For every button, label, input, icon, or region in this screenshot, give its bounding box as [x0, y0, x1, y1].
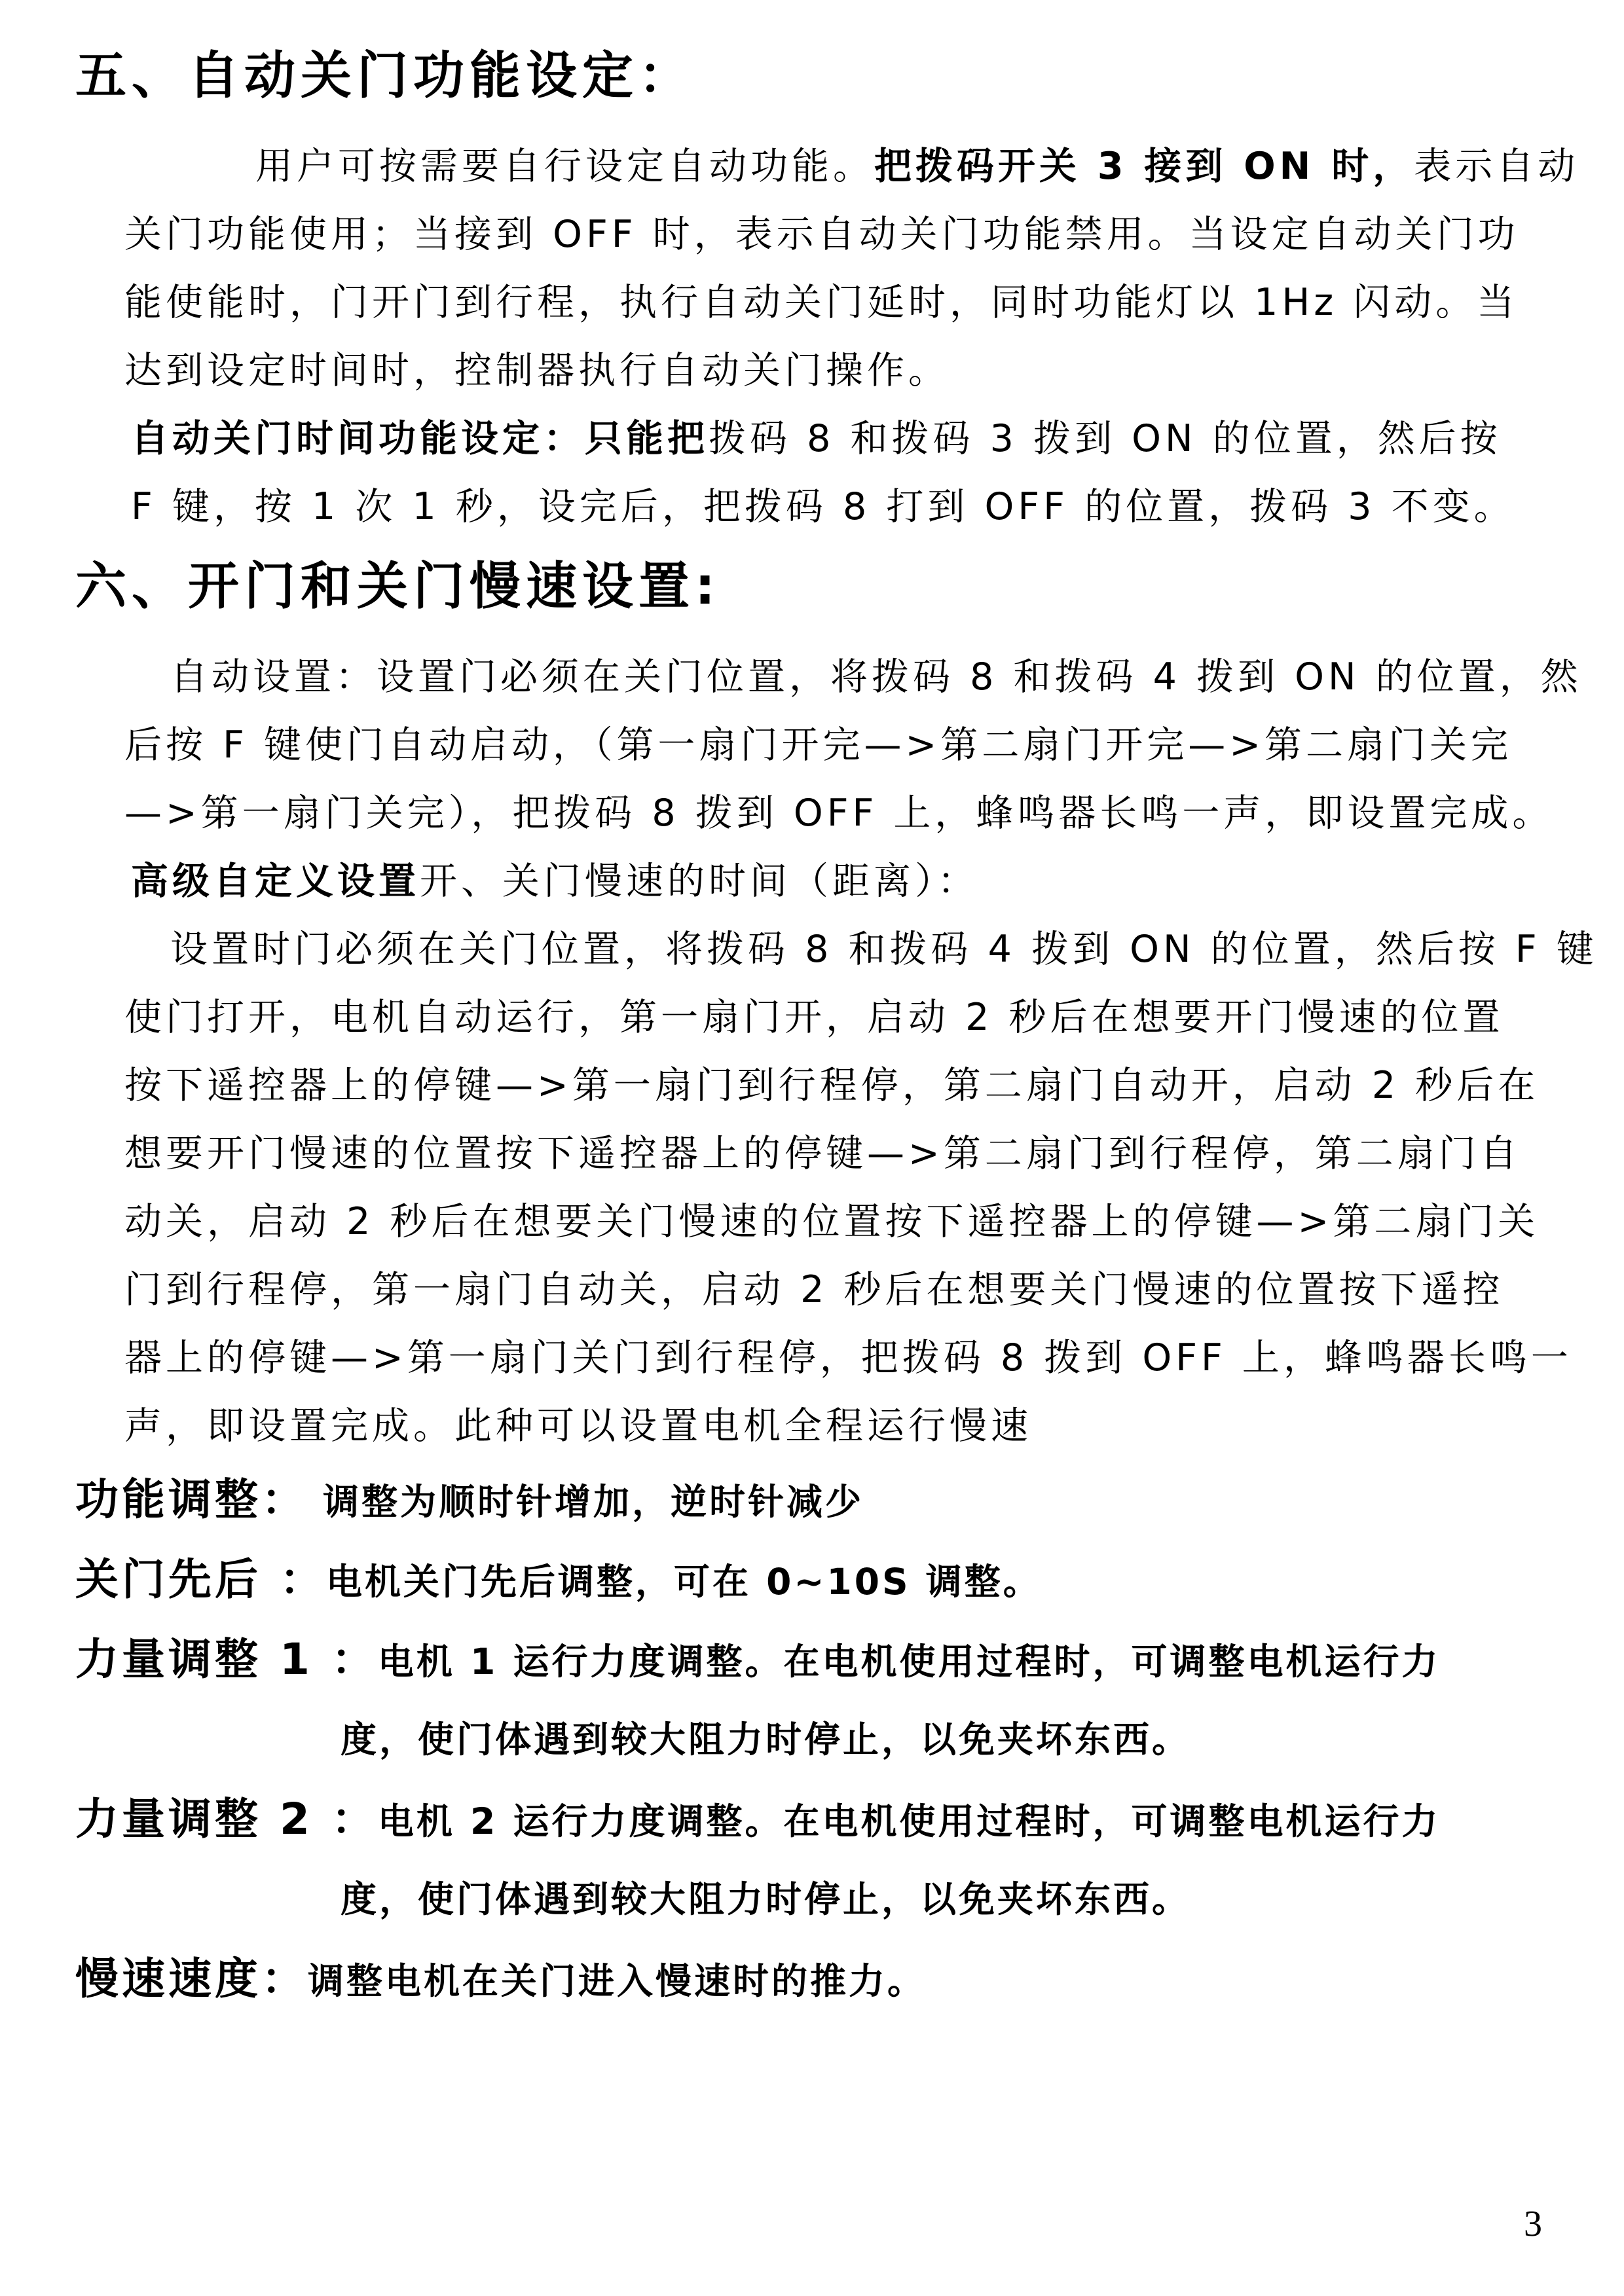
text-segment: —>第一扇门关完），把拨码 8 拨到 OFF 上，蜂鸣器长鸣一声，即设置完成。	[124, 792, 1553, 835]
text-segment: 自动设置：设置门必须在关门位置，将拨码 8 和拨码 4 拨到 ON 的位置，然	[170, 655, 1582, 699]
page-number: 3	[1524, 2203, 1542, 2245]
section-heading: 五、自动关门功能设定：	[75, 37, 1562, 115]
bold-text-segment: 高级自定义设置	[131, 860, 420, 903]
text-line: 自动设置：设置门必须在关门位置，将拨码 8 和拨码 4 拨到 ON 的位置，然	[170, 643, 1562, 711]
text-segment: 设置时门必须在关门位置，将拨码 8 和拨码 4 拨到 ON 的位置，然后按 F …	[170, 928, 1598, 971]
text-segment: 能使能时，门开门到行程，执行自动关门延时，同时功能灯以 1Hz 闪动。当	[124, 281, 1518, 324]
text-segment: 动关，启动 2 秒后在想要关门慢速的位置按下遥控器上的停键—>第二扇门关	[124, 1200, 1539, 1243]
text-segment: 想要开门慢速的位置按下遥控器上的停键—>第二扇门到行程停，第二扇门自	[124, 1132, 1521, 1175]
term-description: 电机关门先后调整，可在 0~10S 调整。	[326, 1561, 1042, 1603]
term-label: 慢速速度：	[75, 1954, 308, 2004]
text-line: —>第一扇门关完），把拨码 8 拨到 OFF 上，蜂鸣器长鸣一声，即设置完成。	[124, 779, 1562, 847]
text-segment: 开、关门慢速的时间（距离）：	[420, 860, 979, 903]
term-line: 力量调整 1 ：电机 1 运行力度调整。在电机使用过程时，可调整电机运行力	[75, 1620, 1562, 1700]
text-line: 动关，启动 2 秒后在想要关门慢速的位置按下遥控器上的停键—>第二扇门关	[124, 1188, 1562, 1256]
text-line: 器上的停键—>第一扇门关门到行程停，把拨码 8 拨到 OFF 上，蜂鸣器长鸣一	[124, 1324, 1562, 1392]
text-line: 关门功能使用；当接到 OFF 时，表示自动关门功能禁用。当设定自动关门功	[124, 200, 1562, 268]
term-line: 力量调整 2 ：电机 2 运行力度调整。在电机使用过程时，可调整电机运行力	[75, 1779, 1562, 1859]
text-segment: 拨码 8 和拨码 3 拨到 ON 的位置，然后按	[709, 417, 1502, 460]
term-line: 慢速速度：调整电机在关门进入慢速时的推力。	[75, 1939, 1562, 2019]
text-line: 自动关门时间功能设定：只能把拨码 8 和拨码 3 拨到 ON 的位置，然后按	[131, 405, 1562, 473]
section-heading: 六、开门和关门慢速设置:	[75, 547, 1562, 626]
text-line: 能使能时，门开门到行程，执行自动关门延时，同时功能灯以 1Hz 闪动。当	[124, 268, 1562, 337]
text-segment: 表示自动	[1414, 145, 1579, 188]
term-label: 力量调整 2 ：	[75, 1794, 378, 1844]
term-description: 调整电机在关门进入慢速时的推力。	[308, 1960, 926, 2002]
text-line: 设置时门必须在关门位置，将拨码 8 和拨码 4 拨到 ON 的位置，然后按 F …	[170, 915, 1562, 983]
text-segment: 使门打开，电机自动运行，第一扇门开，启动 2 秒后在想要开门慢速的位置	[124, 996, 1504, 1039]
text-segment: 用户可按需要自行设定自动功能。	[255, 145, 874, 188]
term-description: 调整为顺时针增加，逆时针减少	[308, 1481, 864, 1523]
text-line: 高级自定义设置开、关门慢速的时间（距离）：	[131, 847, 1562, 915]
text-line: 使门打开，电机自动运行，第一扇门开，启动 2 秒后在想要开门慢速的位置	[124, 983, 1562, 1051]
manual-page: 五、自动关门功能设定：用户可按需要自行设定自动功能。把拨码开关 3 接到 ON …	[0, 0, 1624, 2296]
text-line: 门到行程停，第一扇门自动关，启动 2 秒后在想要关门慢速的位置按下遥控	[124, 1256, 1562, 1324]
term-line: 功能调整： 调整为顺时针增加，逆时针减少	[75, 1460, 1562, 1540]
text-line: F 键，按 1 次 1 秒，设完后，把拨码 8 打到 OFF 的位置，拨码 3 …	[131, 473, 1562, 541]
text-line: 声，即设置完成。此种可以设置电机全程运行慢速	[124, 1392, 1562, 1460]
bold-text-segment: 自动关门时间功能设定：只能把	[131, 417, 709, 460]
text-line: 想要开门慢速的位置按下遥控器上的停键—>第二扇门到行程停，第二扇门自	[124, 1120, 1562, 1188]
text-segment: 门到行程停，第一扇门自动关，启动 2 秒后在想要关门慢速的位置按下遥控	[124, 1268, 1504, 1311]
term-line: 关门先后 ：电机关门先后调整，可在 0~10S 调整。	[75, 1540, 1562, 1620]
term-label: 力量调整 1 ：	[75, 1634, 378, 1685]
term-description: 电机 2 运行力度调整。在电机使用过程时，可调整电机运行力	[378, 1800, 1441, 1842]
bold-text-segment: 把拨码开关 3 接到 ON 时，	[874, 145, 1414, 188]
text-line: 达到设定时间时，控制器执行自动关门操作。	[124, 337, 1562, 405]
text-segment: F 键，按 1 次 1 秒，设完后，把拨码 8 打到 OFF 的位置，拨码 3 …	[131, 485, 1515, 528]
document-content: 五、自动关门功能设定：用户可按需要自行设定自动功能。把拨码开关 3 接到 ON …	[75, 37, 1562, 2019]
text-segment: 关门功能使用；当接到 OFF 时，表示自动关门功能禁用。当设定自动关门功	[124, 213, 1519, 256]
term-label: 关门先后 ：	[75, 1554, 326, 1605]
text-line: 后按 F 键使门自动启动，（第一扇门开完—>第二扇门开完—>第二扇门关完	[124, 711, 1562, 779]
text-line: 按下遥控器上的停键—>第一扇门到行程停，第二扇门自动开，启动 2 秒后在	[124, 1051, 1562, 1120]
term-description-continued: 度，使门体遇到较大阻力时停止，以免夹坏东西。	[341, 1859, 1562, 1939]
text-segment: 按下遥控器上的停键—>第一扇门到行程停，第二扇门自动开，启动 2 秒后在	[124, 1064, 1539, 1107]
term-description: 电机 1 运行力度调整。在电机使用过程时，可调整电机运行力	[378, 1641, 1441, 1683]
text-line: 用户可按需要自行设定自动功能。把拨码开关 3 接到 ON 时，表示自动	[255, 132, 1562, 200]
term-label: 功能调整：	[75, 1474, 308, 1525]
text-segment: 后按 F 键使门自动启动，（第一扇门开完—>第二扇门开完—>第二扇门关完	[124, 723, 1512, 767]
text-segment: 达到设定时间时，控制器执行自动关门操作。	[124, 349, 950, 392]
text-segment: 器上的停键—>第一扇门关门到行程停，把拨码 8 拨到 OFF 上，蜂鸣器长鸣一	[124, 1336, 1572, 1379]
term-description-continued: 度，使门体遇到较大阻力时停止，以免夹坏东西。	[341, 1700, 1562, 1779]
text-segment: 声，即设置完成。此种可以设置电机全程运行慢速	[124, 1404, 1032, 1448]
